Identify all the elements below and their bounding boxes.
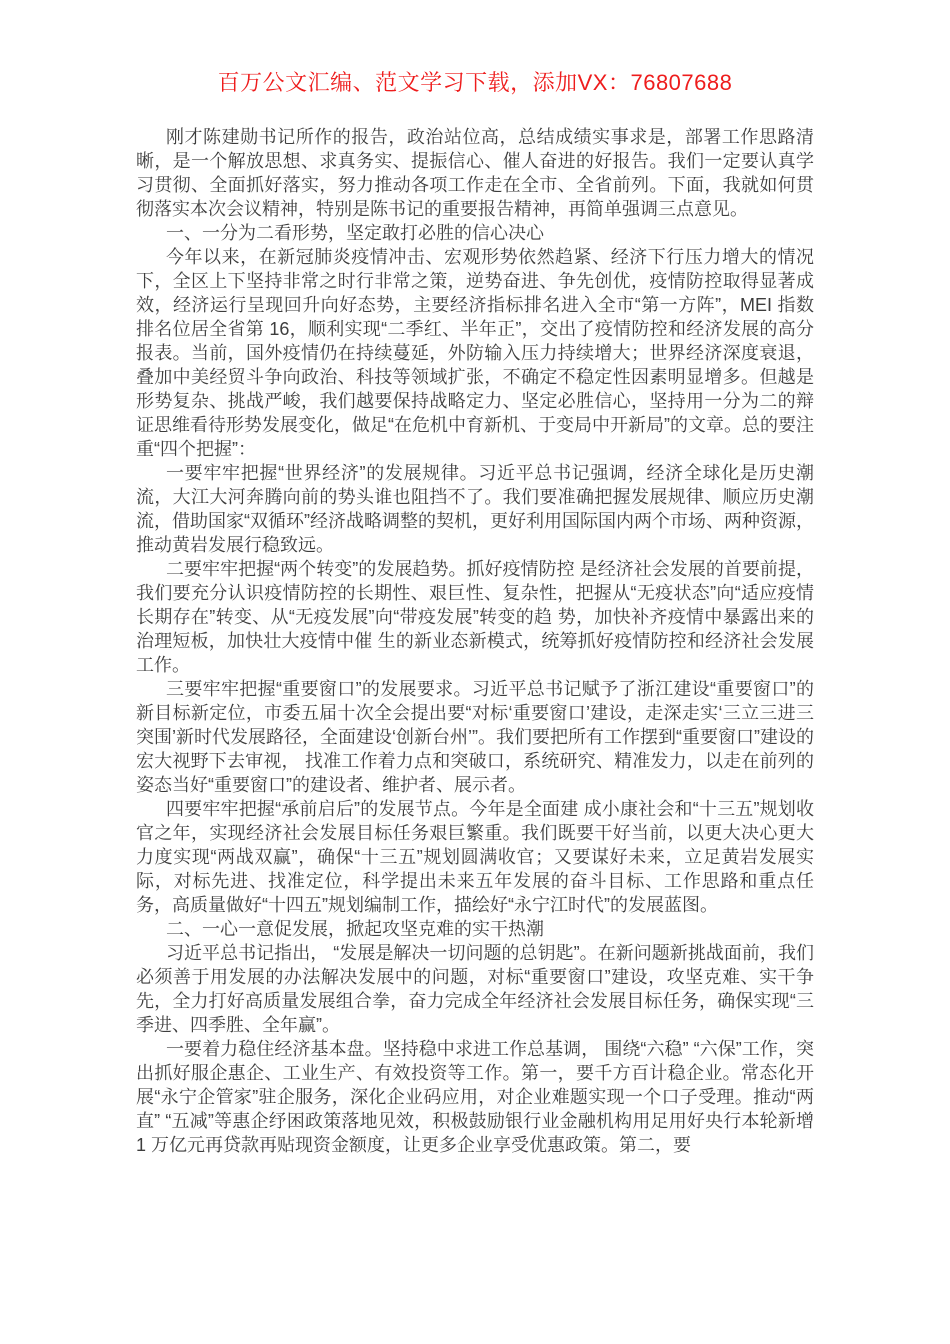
- document-page: 百万公文汇编、范文学习下载，添加VX：76807688 刚才陈建勋书记所作的报告…: [0, 0, 950, 1344]
- section-heading: 一、一分为二看形势，坚定敢打必胜的信心决心: [136, 221, 814, 245]
- paragraph: 一要牢牢把握“世界经济”的发展规律。习近平总书记强调，经济全球化是历史潮流，大江…: [136, 461, 814, 557]
- paragraph: 今年以来，在新冠肺炎疫情冲击、宏观形势依然趋紧、经济下行压力增大的情况下，全区上…: [136, 245, 814, 461]
- paragraph: 习近平总书记指出， “发展是解决一切问题的总钥匙”。在新问题新挑战面前，我们必须…: [136, 941, 814, 1037]
- paragraph: 二要牢牢把握“两个转变”的发展趋势。抓好疫情防控 是经济社会发展的首要前提，我们…: [136, 557, 814, 677]
- paragraph: 一要着力稳住经济基本盘。坚持稳中求进工作总基调， 围绕“六稳” “六保”工作，突…: [136, 1037, 814, 1157]
- paragraph: 三要牢牢把握“重要窗口”的发展要求。习近平总书记赋予了浙江建设“重要窗口”的新目…: [136, 677, 814, 797]
- section-heading: 二、一心一意促发展，掀起攻坚克难的实干热潮: [136, 917, 814, 941]
- promo-banner-text: 百万公文汇编、范文学习下载，添加VX：76807688: [218, 70, 733, 95]
- promo-banner: 百万公文汇编、范文学习下载，添加VX：76807688: [0, 0, 950, 97]
- paragraph: 四要牢牢把握“承前启后”的发展节点。今年是全面建 成小康社会和“十三五”规划收官…: [136, 797, 814, 917]
- paragraph: 刚才陈建勋书记所作的报告，政治站位高，总结成绩实事求是，部署工作思路清晰，是一个…: [136, 125, 814, 221]
- document-body: 刚才陈建勋书记所作的报告，政治站位高，总结成绩实事求是，部署工作思路清晰，是一个…: [136, 125, 814, 1157]
